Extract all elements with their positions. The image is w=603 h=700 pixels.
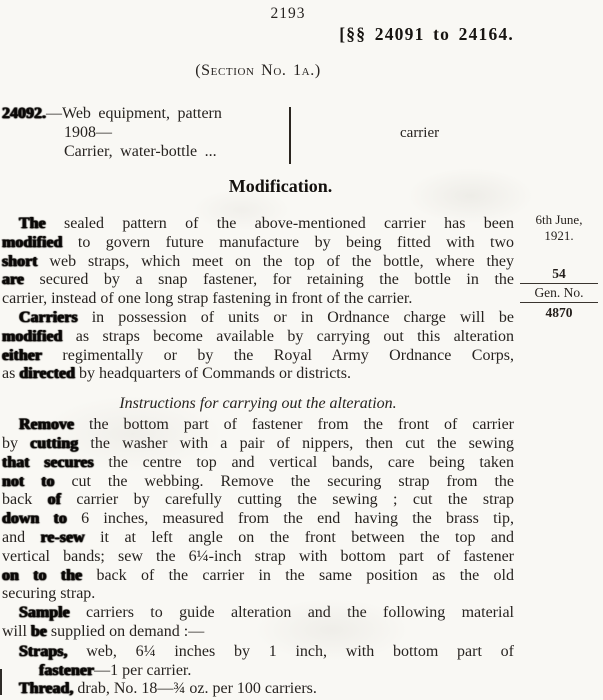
text-segment: drab, No. 18—¾ oz. per 100 carriers. [73, 680, 316, 697]
text-segment: cut the webbing. Remove the securing str… [55, 473, 515, 490]
horizontal-rule [520, 302, 598, 303]
ink-smudged-text: Carriers [19, 309, 78, 326]
text-segment: to govern future manufacture by being fi… [62, 234, 514, 251]
ink-smudged-text: Thread, [19, 680, 73, 697]
text-line: not to cut the webbing. Remove the secur… [2, 473, 514, 492]
paragraph-sealed-pattern: The sealed pattern of the above-mentione… [2, 215, 514, 309]
text-segment: by headquarters of Commands or districts… [75, 365, 351, 382]
text-line: by cutting the washer with a pair of nip… [2, 435, 514, 454]
text-segment: 6 inches, measured from the end having t… [67, 510, 514, 527]
sidenote-date-line1: 6th June, [519, 212, 599, 228]
ink-smudged-text: down to [2, 510, 67, 527]
text-segment: 1908— [64, 124, 112, 141]
text-line: are secured by a snap fastener, for reta… [2, 271, 514, 290]
text-line: Carrier, water-bottle ... [2, 142, 286, 161]
text-segment: by [2, 435, 30, 452]
instructions-heading: Instructions for carrying out the altera… [2, 394, 514, 413]
text-line: back of carrier by carefully cutting the… [2, 491, 514, 510]
ink-smudged-text: are [2, 271, 24, 288]
text-segment: as [2, 365, 19, 382]
text-segment: supplied on demand :— [47, 623, 204, 640]
text-line: Carriers in possession of units or in Or… [2, 309, 514, 328]
text-line: will be supplied on demand :— [2, 623, 514, 642]
text-segment: it at left angle on the front between th… [85, 529, 514, 546]
ink-smudged-text: either [2, 347, 42, 364]
text-line: 24092.—Web equipment, pattern [2, 104, 286, 123]
text-line: carrier, instead of one long strap faste… [2, 290, 514, 309]
text-line: that secures the centre top and vertical… [2, 454, 514, 473]
text-line: down to 6 inches, measured from the end … [2, 510, 514, 529]
sidenote-date-line2: 1921. [519, 228, 599, 244]
ink-smudged-text: fastener [39, 662, 94, 679]
text-segment: —1 per carrier. [94, 662, 191, 679]
text-segment: carrier, instead of one long strap faste… [2, 290, 412, 307]
ink-smudged-text: short [2, 253, 38, 270]
list-item-straps: Straps, web, 6¼ inches by 1 inch, with b… [19, 643, 514, 681]
section-heading: (Section No. 1a.) [2, 61, 514, 81]
text-line: Straps, web, 6¼ inches by 1 inch, with b… [19, 643, 514, 662]
text-segment: as straps become available by carrying o… [62, 328, 514, 345]
ink-smudged-text: on to the [2, 567, 82, 584]
page-number: 2193 [2, 0, 514, 23]
paragraph-alteration-steps: Remove the bottom part of fastener from … [2, 416, 514, 604]
text-segment: regimentally or by the Royal Army Ordnan… [42, 347, 514, 364]
text-segment: and [2, 529, 41, 546]
text-line: Sample carriers to guide alteration and … [2, 604, 514, 623]
text-line: vertical bands; sew the 6¼-inch strap wi… [2, 548, 514, 567]
text-line: fastener—1 per carrier. [19, 662, 514, 681]
ink-smudged-text: directed [19, 365, 75, 382]
catchword-label: carrier [400, 125, 439, 142]
text-line: modified as straps become available by c… [2, 328, 514, 347]
paragraph-carriers-possession: Carriers in possession of units or in Or… [2, 309, 514, 384]
text-segment: —Web equipment, pattern [46, 105, 222, 122]
text-line: modified to govern future manufacture by… [2, 234, 514, 253]
text-line: short web straps, which meet on the top … [2, 253, 514, 272]
text-segment: web, 6¼ inches by 1 inch, with bottom pa… [67, 643, 514, 660]
text-line: on to the back of the carrier in the sam… [2, 567, 514, 586]
text-line: securing strap. [2, 585, 514, 604]
text-line: Thread, drab, No. 18—¾ oz. per 100 carri… [19, 680, 514, 699]
ink-smudged-text: modified [2, 328, 62, 345]
modification-heading: Modification. [2, 176, 514, 197]
text-segment: Carrier, water-bottle ... [64, 143, 217, 160]
text-segment: the washer with a pair of nippers, then … [78, 435, 514, 452]
text-segment: the bottom part of fastener from the fro… [74, 416, 514, 433]
horizontal-rule [520, 283, 598, 284]
ink-smudged-text: of [48, 491, 61, 508]
text-line: as directed by headquarters of Commands … [2, 365, 514, 384]
text-segment: the centre top and vertical bands, care … [94, 454, 514, 471]
sidenote-ref-number: 54 [519, 265, 599, 282]
text-segment: in possession of units or in Ordnance ch… [78, 309, 514, 326]
text-segment: securing strap. [2, 585, 95, 602]
ink-smudged-text: modified [2, 234, 62, 251]
text-segment: web straps, which meet on the top of the… [38, 253, 514, 270]
document-page: 2193 [§§ 24091 to 24164. (Section No. 1a… [0, 0, 603, 700]
paragraph-range-heading: [§§ 24091 to 24164. [2, 24, 514, 44]
text-segment: will [2, 623, 31, 640]
text-segment: back of the carrier in the same position… [82, 567, 514, 584]
ink-smudged-text: Sample [19, 604, 70, 621]
ink-smudged-text: The [19, 215, 46, 232]
list-item-thread: Thread, drab, No. 18—¾ oz. per 100 carri… [19, 680, 514, 699]
vertical-rule [289, 107, 291, 164]
text-line: 1908— [2, 123, 286, 142]
text-segment: carrier by carefully cutting the sewing … [61, 491, 514, 508]
text-line: Remove the bottom part of fastener from … [2, 416, 514, 435]
sidenote-gen-no-label: Gen. No. [519, 285, 599, 301]
text-segment: vertical bands; sew the 6¼-inch strap wi… [2, 548, 514, 565]
ink-smudged-text: be [31, 623, 47, 640]
sidenote-gen-number: 4870 [519, 304, 599, 321]
text-line: and re-sew it at left angle on the front… [2, 529, 514, 548]
text-segment: back [2, 491, 48, 508]
ink-smudged-text: not to [2, 473, 55, 490]
text-line: The sealed pattern of the above-mentione… [2, 215, 514, 234]
text-segment: sealed pattern of the above-mentioned ca… [46, 215, 514, 232]
ink-smudged-text: cutting [30, 435, 78, 452]
ink-smudged-text: re-sew [41, 529, 85, 546]
ink-smudged-text: 24092. [2, 105, 46, 122]
ink-smudged-text: Straps, [19, 643, 67, 660]
document-body: The sealed pattern of the above-mentione… [2, 215, 514, 699]
margin-note: 6th June, 1921. 54 Gen. No. 4870 [519, 212, 599, 321]
entry-heading-block: 24092.—Web equipment, pattern1908—Carrie… [2, 104, 514, 164]
scan-artifact-line [0, 669, 2, 695]
entry-title: 24092.—Web equipment, pattern1908—Carrie… [2, 104, 286, 161]
paragraph-sample-carriers: Sample carriers to guide alteration and … [2, 604, 514, 642]
ink-smudged-text: that secures [2, 454, 94, 471]
main-column: 2193 [§§ 24091 to 24164. (Section No. 1a… [2, 0, 514, 699]
text-segment: secured by a snap fastener, for retainin… [24, 271, 514, 288]
text-line: either regimentally or by the Royal Army… [2, 347, 514, 366]
text-segment: carriers to guide alteration and the fol… [70, 604, 514, 621]
ink-smudged-text: Remove [19, 416, 74, 433]
